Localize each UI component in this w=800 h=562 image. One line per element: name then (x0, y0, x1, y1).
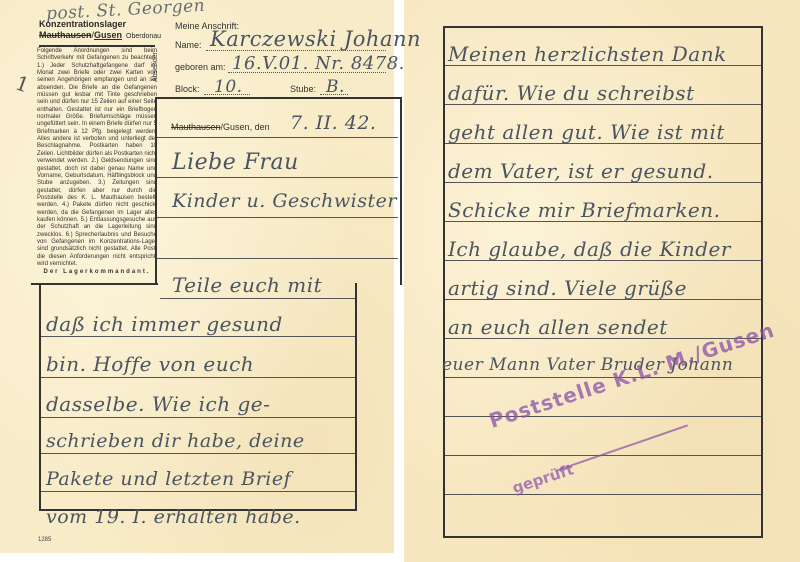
name-value: Karczewski Johann (210, 27, 421, 51)
sender-vertical-label: Absender: (152, 50, 159, 82)
date-place-struck: Mauthausen (171, 122, 221, 132)
ruled-line (157, 137, 398, 138)
letter-right-line-5: Schicke mir Briefmarken. (448, 198, 721, 222)
date-place: /Gusen, den (221, 122, 270, 132)
born-value: 16.V.01. Nr. 8478. (232, 53, 405, 74)
camp-title: Konzentrationslager (39, 19, 126, 29)
camp-region: Oberdonau (126, 33, 161, 40)
letter-left-line-7: schrieben dir habe, deine (46, 430, 305, 452)
camp-location: Mauthausen/GusenOberdonau (39, 30, 161, 40)
ruled-line (41, 491, 355, 492)
ruled-line (160, 298, 355, 299)
regulations-text: Folgende Anordnungen sind beim Schriftve… (37, 48, 157, 277)
ruled-line (445, 494, 761, 495)
form-number: 1285 (38, 537, 51, 543)
room-value: B. (326, 77, 345, 97)
header-rule (39, 45, 155, 47)
ruled-line (41, 453, 355, 454)
block-label: Block: (175, 84, 200, 94)
letter-right-line-8: an euch allen sendet (448, 315, 668, 339)
ruled-line (41, 377, 355, 378)
name-label: Name: (175, 40, 202, 50)
letter-left-line-8: Pakete und letzten Brief (46, 468, 291, 490)
letter-right-line-3: geht allen gut. Wie ist mit (448, 120, 725, 144)
letter-left-line-6: dasselbe. Wie ich ge- (46, 392, 270, 416)
letter-left-line-5: bin. Hoffe von euch (46, 352, 254, 376)
born-label: geboren am: (175, 62, 226, 72)
letter-left-line-1: Liebe Frau (172, 150, 299, 175)
letter-left-line-4: daß ich immer gesund (46, 312, 283, 336)
ruled-line (41, 336, 355, 337)
camp-location-gusen: Gusen (94, 30, 122, 40)
block-value: 10. (214, 77, 243, 97)
regulations-intro: Folgende Anordnungen sind beim Schriftve… (37, 48, 157, 61)
letter-right-line-1: Meinen herzlichsten Dank (448, 42, 727, 66)
ruled-line (41, 417, 355, 418)
ruled-line (157, 217, 398, 218)
letter-left-line-3: Teile euch mit (172, 273, 322, 297)
page-bottom-margin (0, 553, 394, 562)
date-value: 7. II. 42. (290, 112, 376, 134)
letter-right-line-6: Ich glaube, daß die Kinder (448, 237, 731, 261)
letter-left-line-2: Kinder u. Geschwister (172, 190, 397, 212)
regulations-signature: Der Lagerkommandant. (37, 269, 157, 276)
date-line: Mauthausen/Gusen, den (171, 122, 270, 132)
letter-right-line-7: artig sind. Viele grüße (448, 276, 687, 300)
letter-right-line-2: dafür. Wie du schreibst (448, 81, 695, 105)
letter-right-line-4: dem Vater, ist er gesund. (448, 159, 714, 183)
ruled-line (157, 258, 398, 259)
regulation-1: 1.) Jeder Schutzhaftgefangene darf im Mo… (37, 63, 157, 164)
camp-location-struck: Mauthausen (39, 30, 92, 40)
room-label: Stube: (290, 84, 316, 94)
letter-left-line-9: vom 19. I. erhalten habe. (46, 506, 301, 528)
ruled-line (157, 177, 398, 178)
